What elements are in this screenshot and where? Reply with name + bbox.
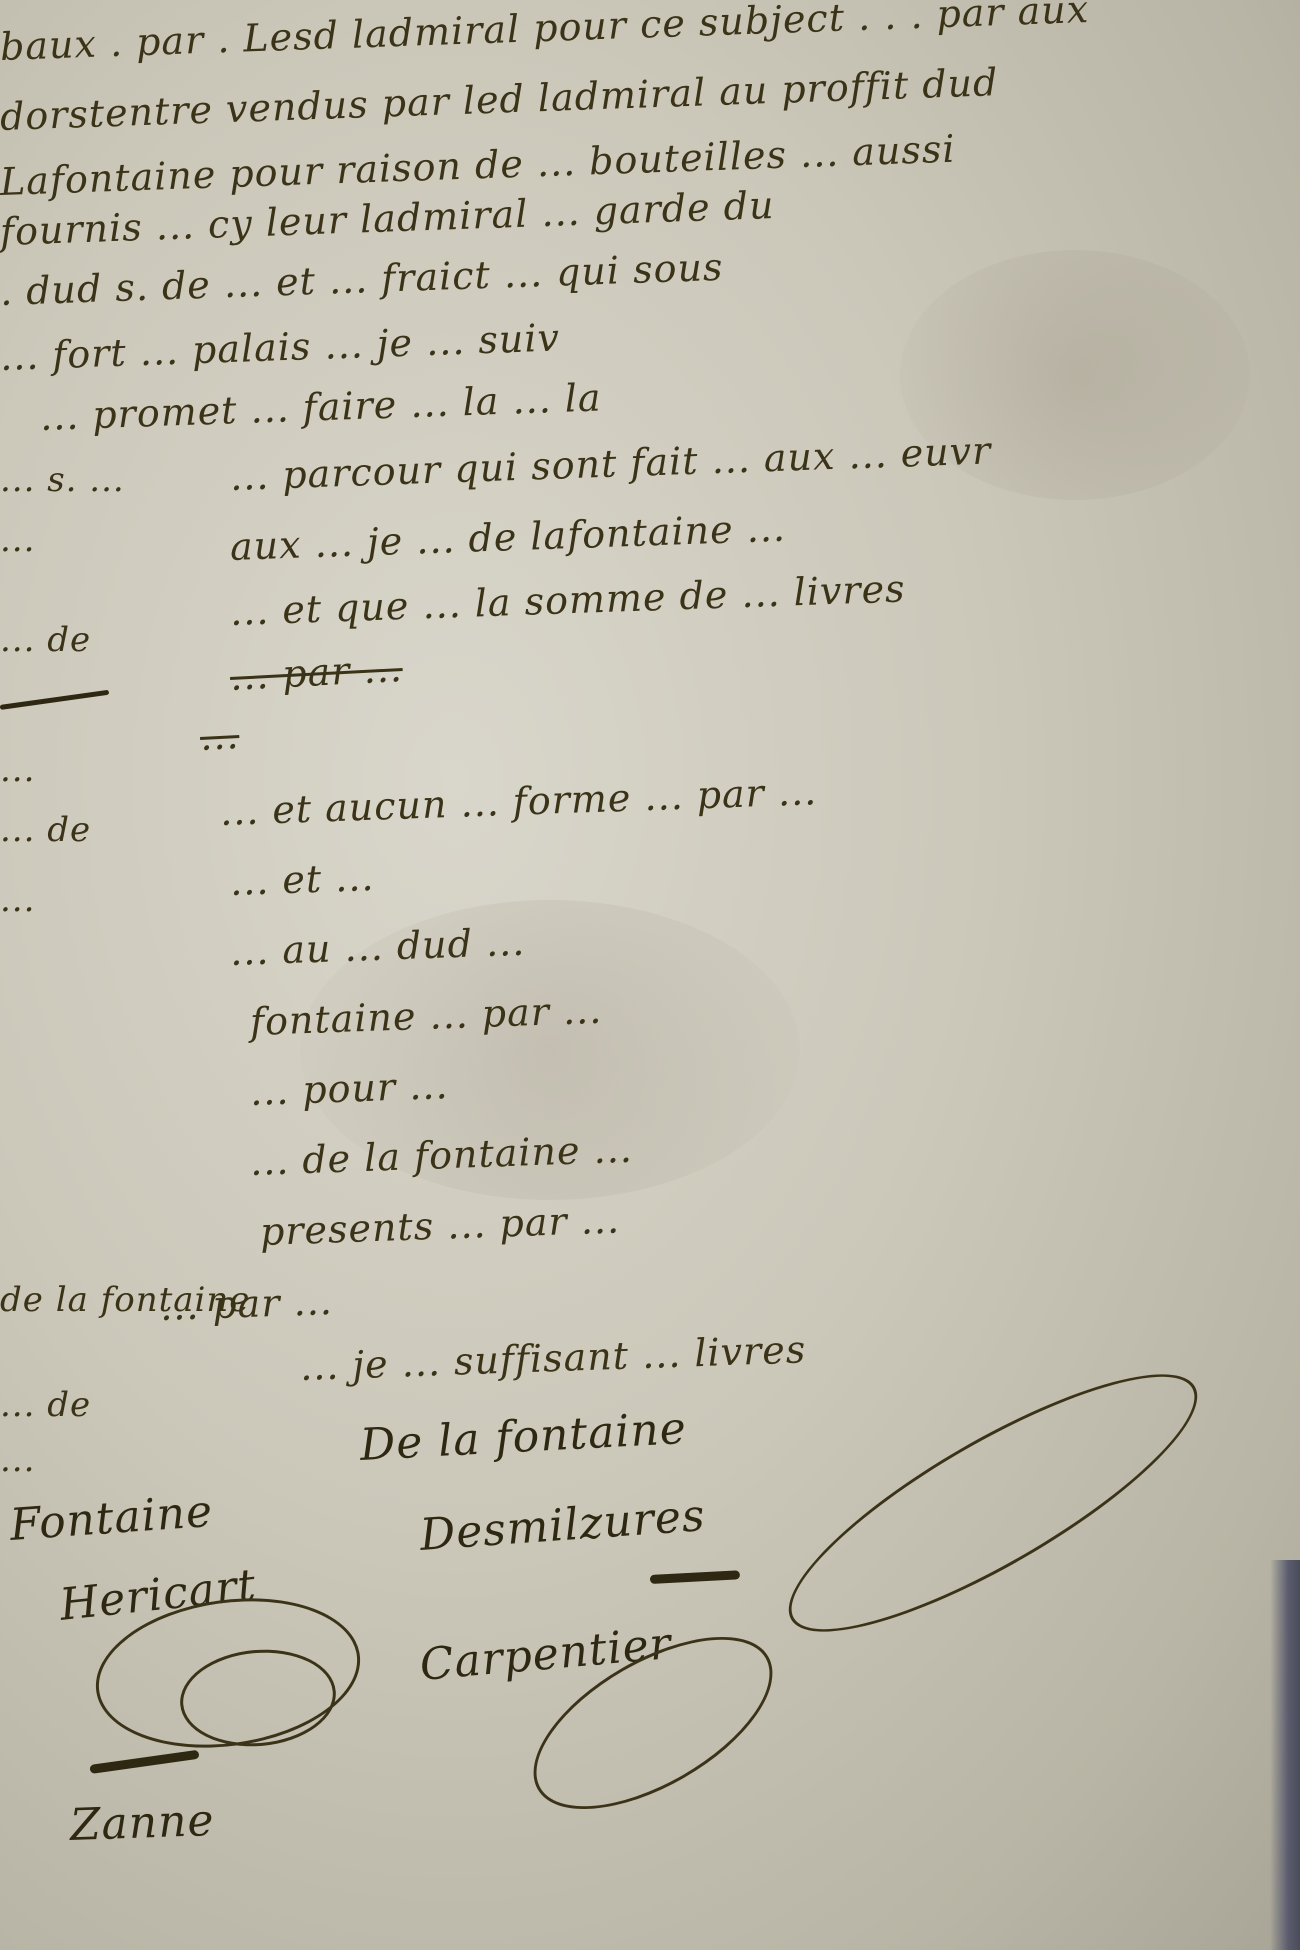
margin-note: ... (0, 750, 35, 790)
signature-underline (89, 1750, 199, 1774)
struck-text-line: ... par ... (229, 646, 404, 699)
struck-text-line: ... (199, 713, 240, 759)
signature: Fontaine (8, 1486, 214, 1551)
text-line: baux . par . Lesd ladmiral pour ce subje… (0, 0, 1090, 69)
margin-note: ... de (0, 810, 91, 850)
margin-note: ... de (0, 620, 91, 660)
margin-note: ... s. ... (0, 460, 125, 500)
text-line: ... et que ... la somme de ... livres (229, 566, 906, 634)
text-line: aux ... je ... de lafontaine ... (229, 506, 786, 569)
manuscript-page: baux . par . Lesd ladmiral pour ce subje… (0, 0, 1300, 1950)
page-edge-shadow (1270, 1560, 1300, 1950)
signature: Zanne (69, 1795, 215, 1851)
text-line: presents ... par ... (259, 1197, 620, 1254)
text-line: ... parcour qui sont fait ... aux ... eu… (229, 428, 992, 499)
margin-note: ... (0, 880, 35, 920)
margin-note: de la fontaine (0, 1280, 250, 1320)
signature-underline (650, 1570, 740, 1584)
margin-note: ... (0, 520, 35, 560)
text-line: ... pour ... (249, 1063, 449, 1114)
text-line: ... promet ... faire ... la ... la (39, 375, 602, 439)
text-line: ... je ... suffisant ... livres (299, 1327, 807, 1389)
text-line: . dud s. de ... et ... fraict ... qui so… (0, 245, 724, 314)
margin-strike-mark (0, 690, 109, 710)
signature: Desmilzures (418, 1490, 707, 1561)
text-line: dorstentre vendus par led ladmiral au pr… (0, 60, 999, 139)
text-line: ... et aucun ... forme ... par ... (219, 769, 818, 834)
signature-flourish (760, 1332, 1227, 1674)
text-line: ... fort ... palais ... je ... suiv (0, 315, 561, 379)
margin-note: ... de (0, 1385, 91, 1425)
text-line: ... et ... (229, 855, 375, 904)
signature: De la fontaine (359, 1403, 688, 1471)
margin-note: ... (0, 1440, 35, 1480)
